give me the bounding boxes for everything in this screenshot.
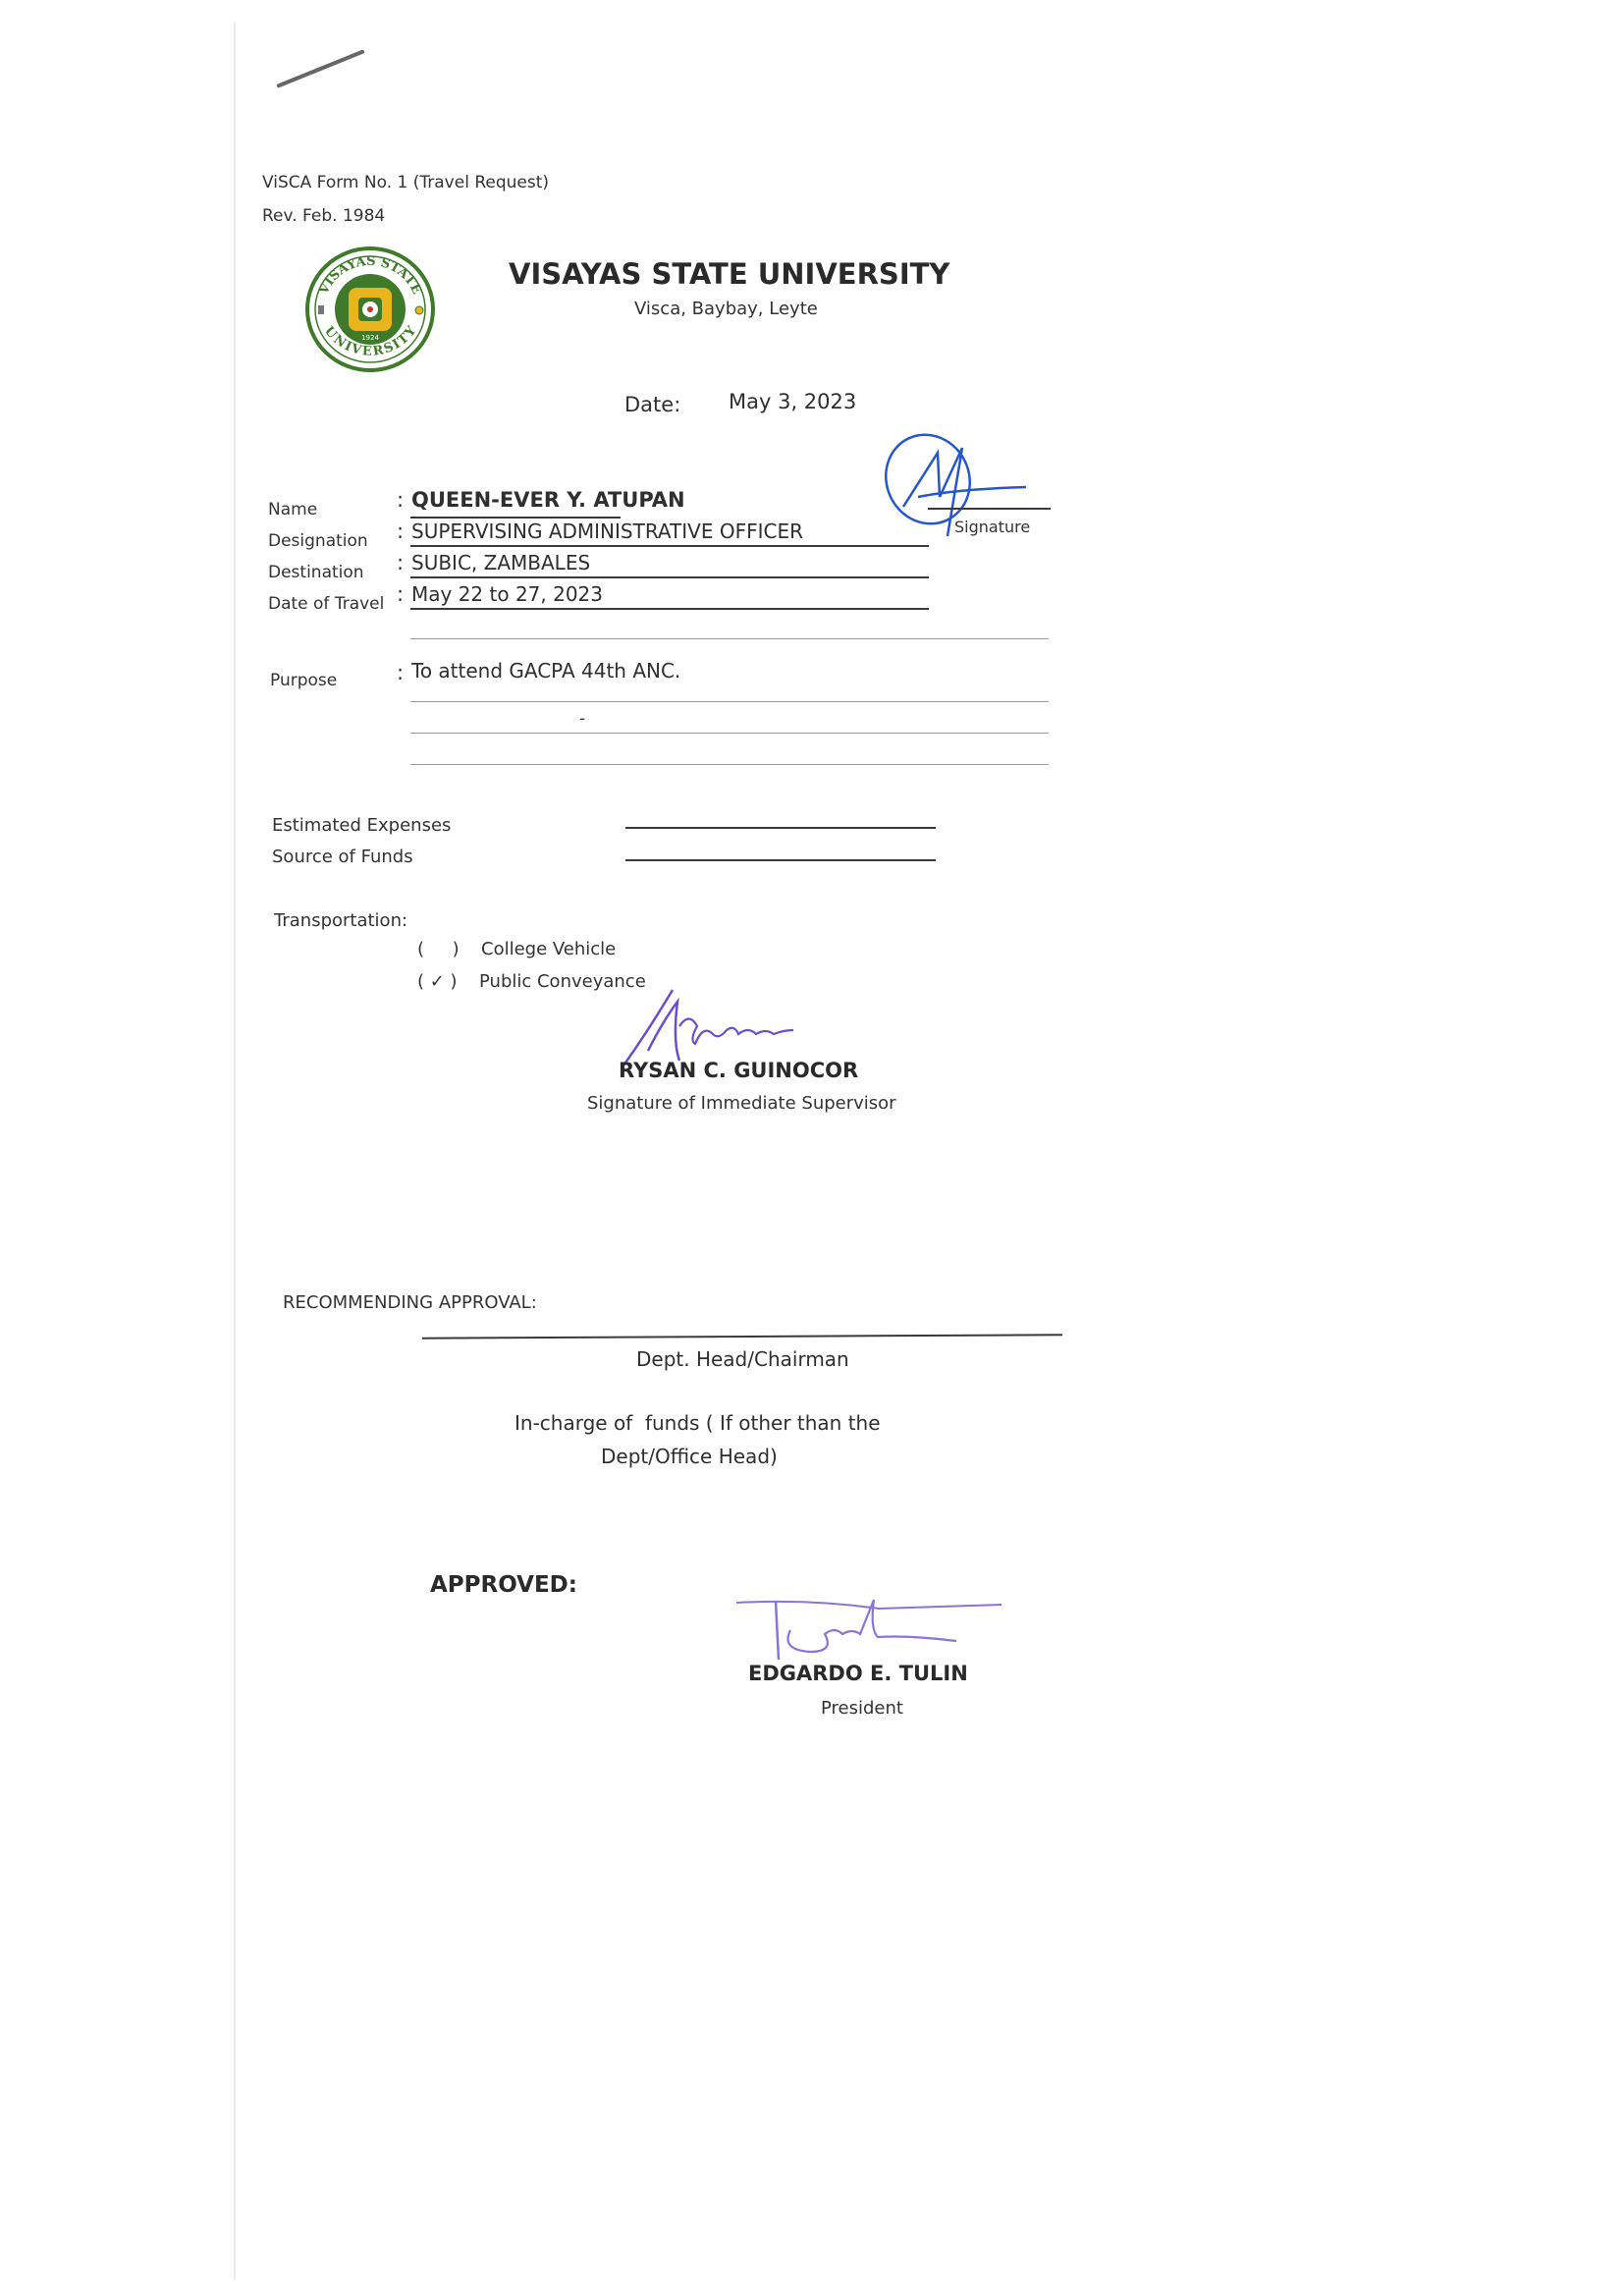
funds-incharge-line-1: In-charge of funds ( If other than the: [514, 1411, 881, 1435]
president-title: President: [821, 1698, 903, 1719]
dept-head-label: Dept. Head/Chairman: [636, 1347, 849, 1371]
supervisor-title: Signature of Immediate Supervisor: [587, 1093, 896, 1114]
university-seal-logo: 1924 VISAYAS STATE UNIVERSITY: [304, 246, 436, 373]
scan-page-edge: [234, 22, 236, 2280]
travel-date-value[interactable]: May 22 to 27, 2023: [411, 582, 603, 606]
institution-address: Visca, Baybay, Leyte: [634, 299, 818, 319]
source-of-funds-field[interactable]: [625, 859, 936, 861]
president-name: EDGARDO E. TULIN: [748, 1662, 968, 1685]
designation-value[interactable]: SUPERVISING ADMINISTRATIVE OFFICER: [411, 519, 803, 543]
designation-underline: [410, 545, 929, 547]
form-revision: Rev. Feb. 1984: [262, 206, 385, 226]
form-number: ViSCA Form No. 1 (Travel Request): [262, 173, 549, 192]
source-of-funds-label: Source of Funds: [272, 847, 413, 867]
public-conveyance-checkbox[interactable]: ( ✓ ): [417, 971, 458, 992]
travel-date-label: Date of Travel: [268, 594, 384, 614]
dept-head-signature-line: [422, 1334, 1062, 1339]
purpose-value[interactable]: To attend GACPA 44th ANC.: [411, 659, 680, 683]
travel-date-colon: :: [397, 582, 404, 606]
date-value[interactable]: May 3, 2023: [729, 390, 856, 413]
institution-name: VISAYAS STATE UNIVERSITY: [509, 257, 949, 291]
destination-colon: :: [397, 551, 404, 574]
college-vehicle-checkbox[interactable]: ( ): [417, 939, 460, 959]
funds-incharge-line-2: Dept/Office Head): [601, 1445, 778, 1468]
name-colon: :: [397, 488, 404, 512]
travel-date-underline: [410, 608, 929, 610]
designation-label: Designation: [268, 531, 368, 551]
college-vehicle-label: College Vehicle: [481, 939, 616, 959]
destination-underline: [410, 576, 929, 578]
blank-line: [410, 638, 1049, 639]
purpose-colon: :: [397, 661, 404, 684]
name-underline: [410, 517, 621, 519]
purpose-line-2: [410, 733, 1049, 734]
scan-pen-mark: [276, 49, 365, 88]
svg-text:1924: 1924: [361, 334, 379, 342]
purpose-stray-mark: -: [579, 709, 585, 729]
transportation-label: Transportation:: [274, 910, 407, 931]
name-label: Name: [268, 500, 317, 519]
purpose-line-3: [410, 764, 1049, 765]
destination-label: Destination: [268, 563, 364, 582]
requester-signature-label: Signature: [954, 518, 1030, 536]
name-value[interactable]: QUEEN-EVER Y. ATUPAN: [411, 488, 685, 512]
estimated-expenses-label: Estimated Expenses: [272, 815, 451, 836]
supervisor-name: RYSAN C. GUINOCOR: [619, 1059, 858, 1082]
date-label: Date:: [624, 393, 680, 416]
approved-label: APPROVED:: [430, 1572, 577, 1598]
designation-colon: :: [397, 519, 404, 543]
destination-value[interactable]: SUBIC, ZAMBALES: [411, 551, 590, 574]
requester-signature-line: [928, 508, 1051, 510]
purpose-label: Purpose: [270, 671, 337, 690]
requester-signature: [879, 428, 1036, 560]
purpose-line-1: [410, 701, 1049, 702]
recommending-approval-label: RECOMMENDING APPROVAL:: [283, 1292, 537, 1313]
estimated-expenses-field[interactable]: [625, 827, 936, 829]
